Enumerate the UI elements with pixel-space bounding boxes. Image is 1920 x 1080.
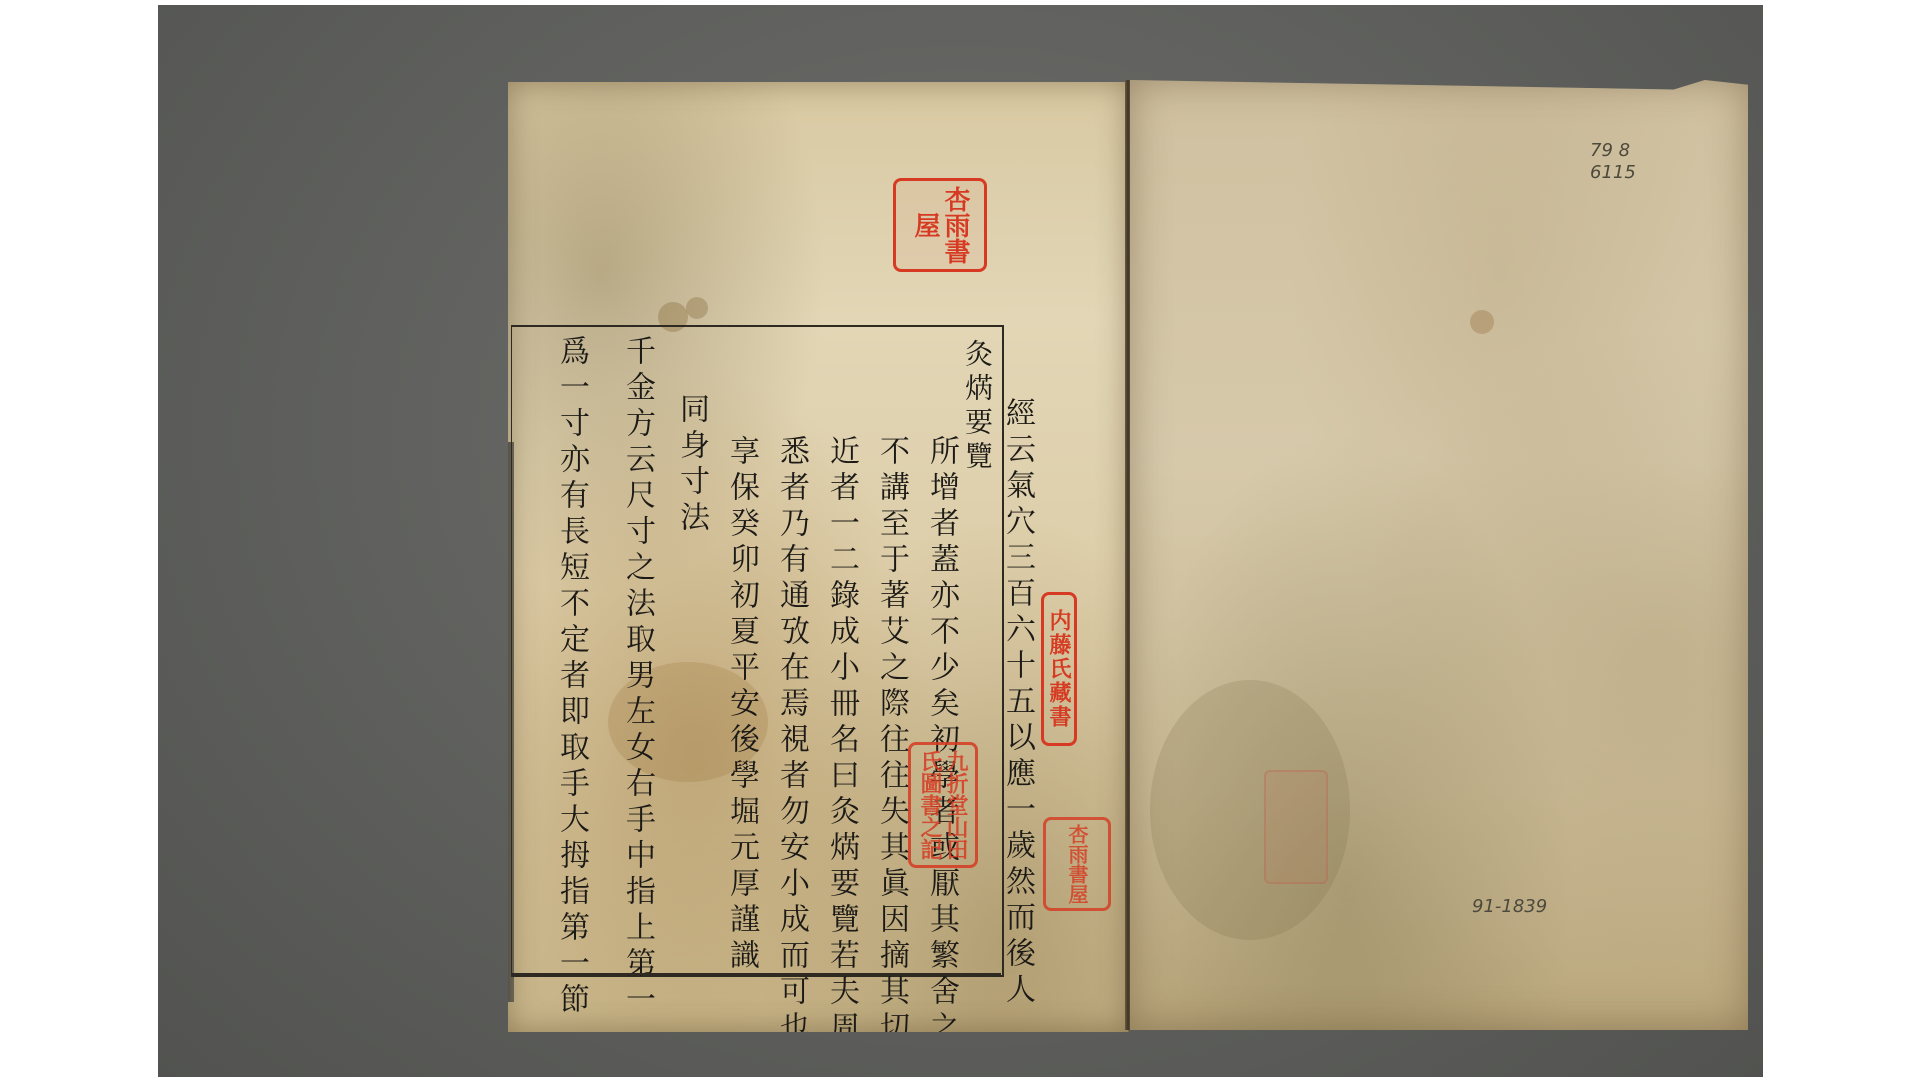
handwritten-accession-number: 91-1839 [1472,896,1547,917]
text-column-5: 悉者乃有通攷在焉視者勿安小成而可也 [772,435,810,1032]
collector-seal-top: 杏雨書屋 [893,178,987,272]
collector-seal-vertical: 内藤氏藏書 [1041,592,1077,746]
book-title: 灸焫要覽 [958,339,996,475]
text-column-4: 近者一二錄成小冊名曰灸焫要覽若夫周 [822,435,860,1032]
text-column-3: 不講至于著艾之際往往失其眞因摘其切 [872,435,910,1032]
collector-seal-overlap: 九折堂山田氏圖書之記 [908,742,978,868]
stain [686,297,708,319]
text-column-2: 所增者蓋亦不少矣初學者或厭其繁舍之 [922,435,960,1032]
document-photo: 杏雨書屋 灸焫要覽 經云氣穴三百六十五以應一歲然而後人 所增者蓋亦不少矣初學者或… [158,5,1763,1077]
section-heading: 同身寸法 [672,393,710,537]
collector-seal-bottom: 杏雨書屋 [1043,817,1111,911]
text-frame: 灸焫要覽 經云氣穴三百六十五以應一歲然而後人 所增者蓋亦不少矣初學者或厭其繁舍之… [511,325,1004,977]
right-page: 79 8 6115 91-1839 [1130,80,1748,1030]
text-column-6: 享保癸卯初夏平安後學堀元厚謹識 [722,435,760,975]
text-column-8: 千金方云尺寸之法取男左女右手中指上第一 [618,335,656,1019]
frame-bottom-rule [511,973,1001,975]
faded-seal [1264,770,1328,884]
stain [1470,310,1494,334]
left-page: 杏雨書屋 灸焫要覽 經云氣穴三百六十五以應一歲然而後人 所增者蓋亦不少矣初學者或… [508,82,1129,1032]
text-column-9: 爲一寸亦有長短不定者即取手大拇指第一節 [552,335,590,1019]
open-book: 杏雨書屋 灸焫要覽 經云氣穴三百六十五以應一歲然而後人 所增者蓋亦不少矣初學者或… [508,80,1748,1030]
handwritten-catalog-number: 79 8 6115 [1590,140,1636,184]
text-column-1: 經云氣穴三百六十五以應一歲然而後人 [998,397,1036,1009]
